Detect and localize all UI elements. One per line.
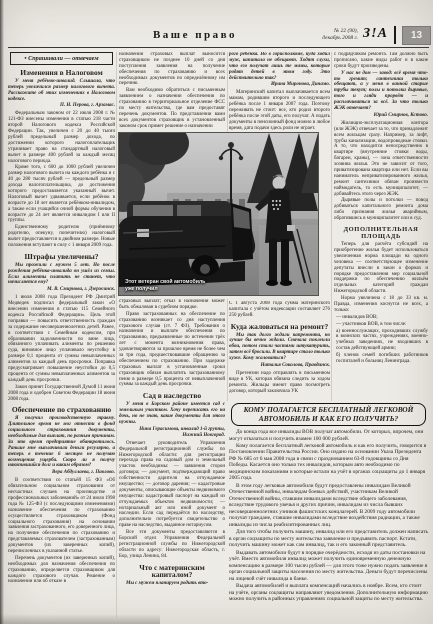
column-rule [331,52,332,401]
section-subheading: ДОПОЛНИТЕЛЬНАЯ ПЛОЩАДЬ [334,226,428,240]
reader-signature: Нина Герасимова, инвалид 1-й группы, Ниж… [119,427,225,439]
column-1: • Спрашивали — отвечаемИзменения в Налог… [8,52,115,618]
body-paragraph: В соответствии со статьёй 15 ФЗ «Об обяз… [8,478,115,555]
reader-signature: Наталья Соколова, Правдинск. [229,363,330,369]
article-heading: Что с материнским капиталом? [119,564,225,580]
article-heading: Изменения в Налоговом [8,69,115,77]
box-article-paragraph: Кому полагается бесплатный легковой авто… [229,443,428,482]
column-rule [227,52,228,132]
body-paragraph: 1 июля 2008 года Президент РФ Дмитрий Ме… [8,295,115,383]
body-paragraph: Все эти документы предоставляются в Борс… [119,530,225,559]
reader-signature: Ирина Миронова, Динамо. [229,82,330,88]
body-paragraph: Вам необходимо обратиться с письменным з… [119,88,225,129]
page-section-title: Ваше право [110,29,280,41]
body-paragraph: назначении страховых выплат выносится ст… [119,52,225,87]
header-rule [8,47,429,48]
reader-signature: П. Н. Перова, г. Арзамас. [8,103,115,109]
box-article-paragraph: Выдача автомобилей и выплата компенсаций… [229,583,428,602]
scan-edge-bottom [0,614,160,624]
veteran-with-car-illustration [119,133,318,295]
body-paragraph: Норма увеличена с 18 до 33 кв. м. Правда… [334,296,428,314]
body-paragraph: страховых выплат; отказ в назначении мож… [119,299,225,311]
header-divider [394,26,396,44]
article-heading: Обеспечение по страхованию [8,406,115,414]
reader-question: У меня в Борском районе имеется сад с зе… [119,402,225,426]
issue-line1: № 22 (90), [296,28,358,35]
reader-question: У нас не дом — завод: всё время что-то г… [334,71,428,112]
article-heading: Куда жаловаться на ремонт? [229,323,330,331]
column-3-bottom: С 1 августа 2008 года сумма материнского… [229,301,330,401]
photo-caption-line1: Этот ветеран свой автомобиль [125,279,205,286]
body-paragraph: Теперь для расчёта субсидий на приобрете… [334,242,428,295]
box-article-paragraph: До конца года все инвалиды ВОВ получат а… [229,429,428,442]
body-paragraph: с подрядчиком ремонта. Там должно быть п… [334,52,428,70]
rubric-label: • Спрашивали — отвечаем [10,52,113,65]
scan-edge-left [0,0,4,624]
reader-question: Я получил производственную травму. Длите… [8,416,115,469]
column-2-bottom: страховых выплат; отказ в назначении мож… [119,299,225,618]
reader-question: Мы так долго ждали капремонта, но лучше … [229,333,330,362]
column-3-top: рого ребёнка. Но в горисполкоме, куда хо… [229,52,330,132]
list-item: — инвалидов ВОВ; [334,315,428,321]
box-article-paragraph: Для того чтобы получить машину, инвалид … [229,529,428,548]
news-photo: Этот ветеран свой автомобиль уже получил [119,133,318,295]
body-paragraph: Единственному родителю (приёмному родите… [8,225,115,249]
body-paragraph: Материнский капитал выплачивается всем м… [229,90,330,131]
box-article: КОМУ ПОЛАГАЕТСЯ БЕСПЛАТНЫЙ ЛЕГКОВОЙ АВТО… [229,403,428,618]
reader-question: Мы прожили с мужем 5 лет. Но после рожде… [8,263,115,287]
page-number-badge: 13 [402,26,431,45]
article-heading: Сад в наследство [119,392,225,400]
reader-question: Мы с мужем планируем родить вто- [119,581,225,587]
body-paragraph: Дырявые полы и потолки — повод добиватьс… [334,198,428,222]
list-item: а) военнослужащих, проходивших службу в … [334,329,428,353]
issue-number: № 22 (90), декабрь 2008 г. [296,28,358,42]
column-rule [116,52,117,618]
reader-question: У меня ребёнок-инвалид. Слышала, что теп… [8,79,115,103]
body-paragraph: Перечень документов (их заверенных копий… [8,556,115,585]
body-paragraph: Отвечает руководитель Управления Федерал… [119,441,225,529]
photo-caption-line2: уже получил [125,286,205,293]
box-article-paragraph: Выдавать автомобили будут в порядке очер… [229,550,428,582]
newspaper-page: Ваше право № 22 (90), декабрь 2008 г. З!… [0,0,433,624]
reader-signature: Вера Абдуллаева, г. Павлово. [8,470,115,476]
body-paragraph: С 1 августа 2008 года сумма материнского… [229,301,330,319]
box-article-body: До конца года все инвалиды ВОВ получат а… [229,429,428,603]
column-4: с подрядчиком ремонта. Там должно быть п… [334,52,428,401]
list-item: — участников ВОВ, в том числе: [334,322,428,328]
reader-question: рого ребёнка. Но в горисполкоме, куда хо… [229,52,330,81]
body-paragraph: Жилищно-эксплуатационная контора (или ЖЭ… [334,121,428,198]
body-paragraph: Закон принят Государственной Думой 11 ию… [8,385,115,403]
photo-caption: Этот ветеран свой автомобиль уже получил [125,279,205,292]
issue-line2: декабрь 2008 г. [296,35,358,42]
box-article-paragraph: В этом году легковые автомобили будут пр… [229,483,428,528]
reader-signature: М. В. Смирнова, г. Дзержинск. [8,287,115,293]
body-paragraph: Претензии надо отправлять в письменном в… [229,371,330,395]
box-article-title: КОМУ ПОЛАГАЕТСЯ БЕСПЛАТНЫЙ ЛЕГКОВОЙ АВТО… [231,403,426,426]
column-rule [227,299,228,401]
body-paragraph: Право застрахованных на обеспечение по с… [119,312,225,389]
article-heading: Штрафы увеличены? [8,253,115,261]
body-paragraph: Федеральным законом от 22 июля 2008 г. №… [8,111,115,164]
newspaper-logo: З!А [363,26,388,42]
reader-signature: Юрий Смирнов, Кстово. [334,113,428,119]
body-paragraph: Кроме того, с 600 до 1000 рублей увеличе… [8,165,115,224]
list-item: б) членов семей погибших работников госп… [334,353,428,365]
column-2-top: назначении страховых выплат выносится ст… [119,52,225,132]
